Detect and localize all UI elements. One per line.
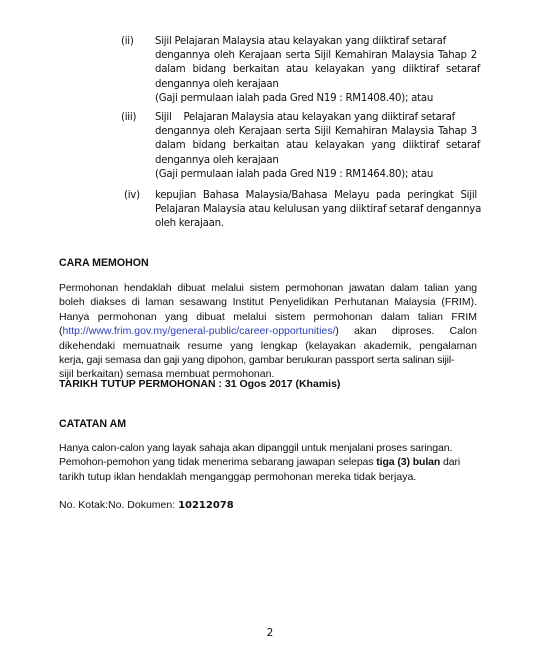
para-line: Permohonan hendaklah dibuat melalui sist… — [59, 281, 477, 295]
page-number: 2 — [0, 627, 536, 639]
notes-line: Pemohon-pemohon yang tidak menerima seba… — [59, 455, 477, 469]
para-line-text: kerja, gaji semasa dan gaji yang dipohon… — [59, 353, 477, 367]
closing-date: TARIKH TUTUP PERMOHONAN : 31 Ogos 2017 (… — [59, 377, 477, 391]
para-line: boleh diakses di laman sesawang Institut… — [59, 295, 477, 309]
item-line: Sijil Pelajaran Malaysia atau kelayakan … — [155, 35, 477, 49]
para-line: dikehendaki memuatnaik resume yang lengk… — [59, 339, 477, 353]
para-line: kerja, gaji semasa dan gaji yang dipohon… — [59, 353, 477, 367]
list-marker: (ii) — [121, 35, 134, 49]
para-line: Hanya permohonan yang dibuat melalui sis… — [59, 310, 477, 324]
item-line: Pelajaran Malaysia atau kelulusan yang d… — [155, 203, 477, 217]
item-line: Sijil Pelajaran Malaysia atau kelayakan … — [155, 111, 477, 125]
qualification-item-iv: (iv) kepujian Bahasa Malaysia/Bahasa Mel… — [121, 189, 477, 232]
para-line-text: dikehendaki memuatnaik resume yang lengk… — [59, 339, 477, 353]
notes-text: Pemohon-pemohon yang tidak menerima seba… — [59, 456, 376, 468]
link-after-text: ) akan diproses. Calon — [335, 325, 477, 337]
qualification-item-iii: (iii) Sijil Pelajaran Malaysia atau kela… — [121, 111, 477, 182]
item-line: oleh kerajaan. — [155, 217, 477, 231]
section-heading-cara-memohon: CARA MEMOHON — [59, 256, 477, 270]
item-line: kepujian Bahasa Malaysia/Bahasa Melayu p… — [155, 189, 477, 203]
notes-bold-duration: tiga (3) bulan — [376, 456, 440, 468]
document-page: (ii) Sijil Pelajaran Malaysia atau kelay… — [0, 0, 536, 655]
document-reference-label: No. Kotak:No. Dokumen: — [59, 499, 178, 511]
para-line-text: Hanya permohonan yang dibuat melalui sis… — [59, 310, 477, 324]
salary-line: (Gaji permulaan ialah pada Gred N19 : RM… — [155, 168, 477, 182]
list-marker: (iii) — [121, 111, 136, 125]
application-instructions: Permohonan hendaklah dibuat melalui sist… — [59, 281, 477, 382]
item-line: dalam bidang berkaitan atau kelayakan ya… — [155, 139, 477, 153]
item-line: dalam bidang berkaitan atau kelayakan ya… — [155, 63, 477, 77]
list-marker: (iv) — [124, 189, 140, 203]
section-heading-catatan-am: CATATAN AM — [59, 417, 477, 431]
notes-text: dari — [440, 456, 460, 468]
item-line: dengannya oleh Kerajaan serta Sijil Kema… — [155, 125, 477, 139]
para-line: (http://www.frim.gov.my/general-public/c… — [59, 324, 477, 338]
qualification-item-ii: (ii) Sijil Pelajaran Malaysia atau kelay… — [121, 35, 477, 106]
notes-line: tarikh tutup iklan hendaklah menganggap … — [59, 470, 477, 484]
item-line: dengannya oleh kerajaan — [155, 78, 477, 92]
salary-line: (Gaji permulaan ialah pada Gred N19 : RM… — [155, 92, 477, 106]
notes-line: Hanya calon-calon yang layak sahaja akan… — [59, 441, 477, 455]
item-line: dengannya oleh Kerajaan serta Sijil Kema… — [155, 49, 477, 63]
item-line: dengannya oleh kerajaan — [155, 154, 477, 168]
para-line-text: boleh diakses di laman sesawang Institut… — [59, 295, 477, 309]
general-notes: Hanya calon-calon yang layak sahaja akan… — [59, 441, 477, 484]
document-reference: No. Kotak:No. Dokumen: 10212078 — [59, 498, 477, 513]
career-opportunities-link[interactable]: http://www.frim.gov.my/general-public/ca… — [63, 325, 336, 337]
document-number: 10212078 — [178, 500, 234, 511]
para-line-text: Permohonan hendaklah dibuat melalui sist… — [59, 281, 477, 295]
